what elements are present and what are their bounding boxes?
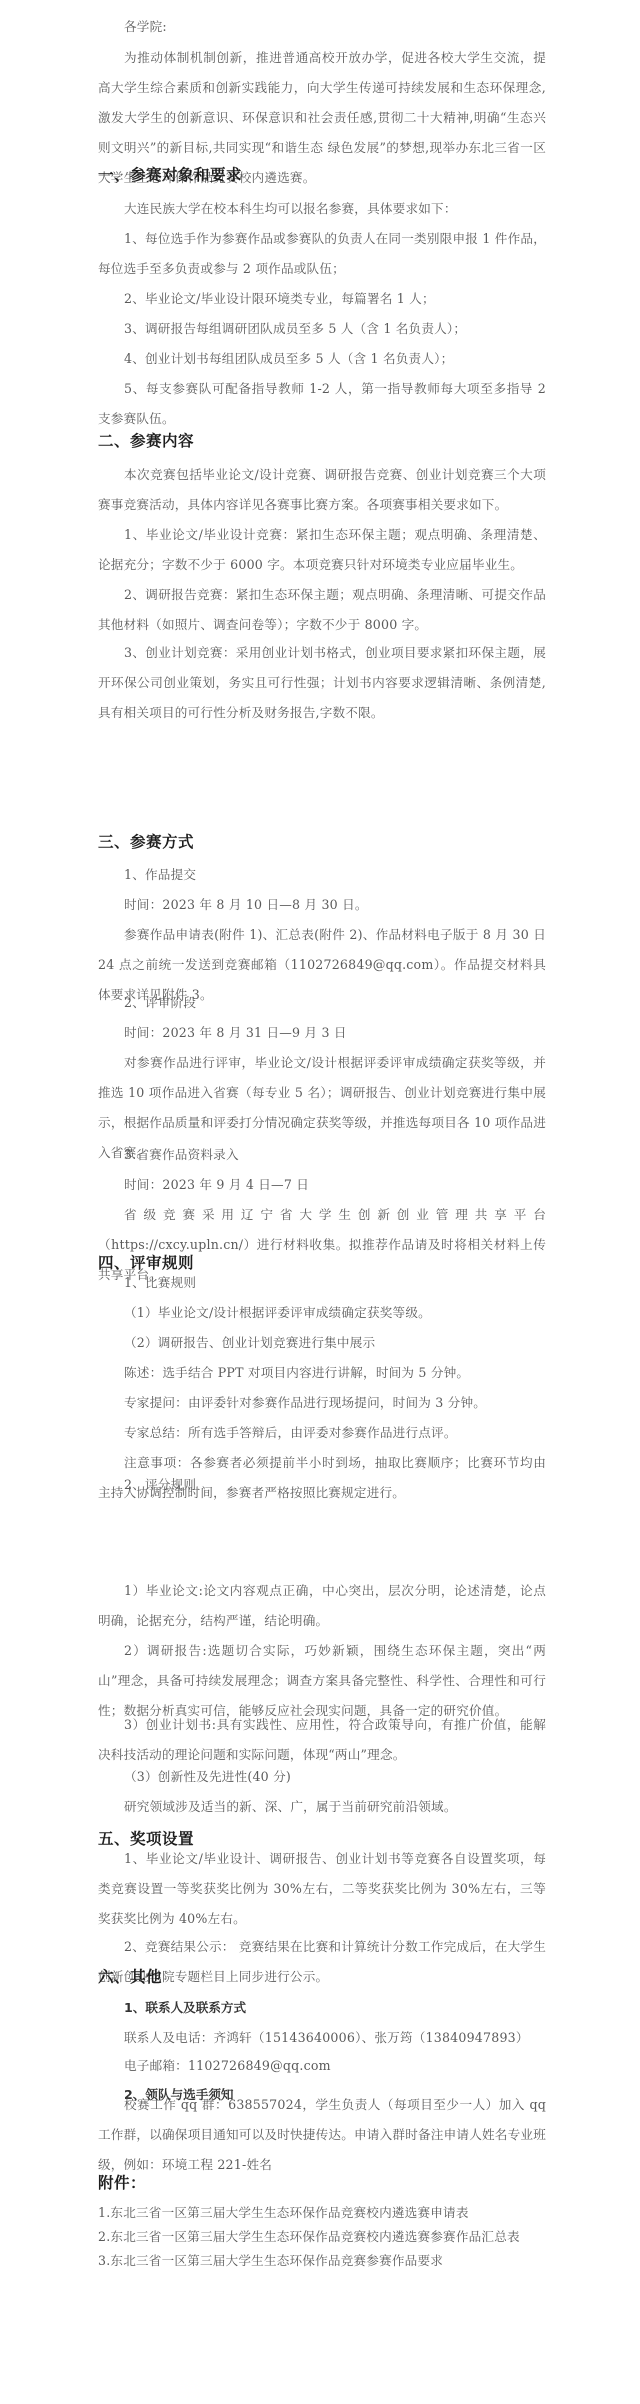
section-2-lead: 本次竞赛包括毕业论文/设计竞赛、调研报告竞赛、创业计划竞赛三个大项赛事竞赛活动，… <box>98 460 546 520</box>
contact-email: 电子邮箱：1102726849@qq.com <box>98 2051 546 2081</box>
notice-body: 校赛工作 qq 群：638557024，学生负责人（每项目至少一人）加入 qq … <box>98 2090 546 2180</box>
score-criterion-1: 1）毕业论文:论文内容观点正确，中心突出，层次分明，论述清楚，论点明确，论据充分… <box>98 1576 546 1636</box>
section-1-item-3: 3、调研报告每组调研团队成员至多 5 人（含 1 名负责人）； <box>98 314 546 344</box>
award-item-1: 1、毕业论文/毕业设计、调研报告、创业计划书等竞赛各自设置奖项，每类竞赛设置一等… <box>98 1844 546 1934</box>
rule-expert-summary: 专家总结：所有选手答辩后，由评委对参赛作品进行点评。 <box>98 1418 572 1448</box>
section-3-title: 三、参赛方式 <box>98 827 194 857</box>
rule-1: （1）毕业论文/设计根据评委评审成绩确定获奖等级。 <box>98 1298 572 1328</box>
stage-2-title: 2、评审阶段 <box>98 988 546 1018</box>
rules-title: 1、比赛规则 <box>98 1268 546 1298</box>
innovation-title: （3）创新性及先进性(40 分) <box>98 1762 546 1792</box>
attachments-title: 附件： <box>98 2168 146 2198</box>
scoring-title: 2、评分规则 <box>98 1470 546 1500</box>
score-criterion-3: 3）创业计划书:具有实践性、应用性，符合政策导向，有推广价值，能解决科技活动的理… <box>98 1710 546 1770</box>
stage-3-title: 3.省赛作品资料录入 <box>98 1140 546 1170</box>
rule-expert-qa: 专家提问：由评委针对参赛作品进行现场提问，时间为 3 分钟。 <box>98 1388 572 1418</box>
section-1-item-4: 4、创业计划书每组团队成员至多 5 人（含 1 名负责人）； <box>98 344 546 374</box>
section-6-title: 六、其他 <box>98 1962 162 1992</box>
section-1-item-5: 5、每支参赛队可配备指导教师 1-2 人，第一指导教师每大项至多指导 2 支参赛… <box>98 374 546 434</box>
section-1-item-1: 1、每位选手作为参赛作品或参赛队的负责人在同一类别限申报 1 件作品，每位选手至… <box>98 224 546 284</box>
contact-title: 1、联系人及联系方式 <box>124 1993 246 2023</box>
contact-people: 联系人及电话：齐鸿轩（15143640006）、张万筠（13840947893） <box>98 2023 546 2053</box>
section-2-item-2: 2、调研报告竞赛：紧扣生态环保主题；观点明确、条理清晰、可提交作品其他材料（如照… <box>98 580 546 640</box>
section-1-item-2: 2、毕业论文/毕业设计限环境类专业，每篇署名 1 人； <box>98 284 546 314</box>
section-2-title: 二、参赛内容 <box>98 426 194 456</box>
section-2-item-3: 3、创业计划竞赛：采用创业计划书格式，创业项目要求紧扣环保主题，展开环保公司创业… <box>98 638 546 728</box>
salutation: 各学院: <box>98 12 546 42</box>
section-1-lead: 大连民族大学在校本科生均可以报名参赛，具体要求如下： <box>98 194 546 224</box>
stage-2-time: 时间：2023 年 8 月 31 日—9 月 3 日 <box>98 1018 546 1048</box>
section-1-title: 一、参赛对象和要求 <box>98 160 242 190</box>
section-2-item-1: 1、毕业论文/毕业设计竞赛：紧扣生态环保主题；观点明确、条理清楚、论据充分；字数… <box>98 520 546 580</box>
stage-3-time: 时间：2023 年 9 月 4 日—7 日 <box>98 1170 546 1200</box>
attachment-item-3: 3.东北三省一区第三届大学生生态环保作品竞赛参赛作品要求 <box>98 2246 546 2276</box>
award-item-2: 2、竞赛结果公示： 竞赛结果在比赛和计算统计分数工作完成后，在大学生创新创业学院… <box>98 1932 546 1992</box>
rule-presentation: 陈述：选手结合 PPT 对项目内容进行讲解，时间为 5 分钟。 <box>98 1358 572 1388</box>
stage-1-time: 时间：2023 年 8 月 10 日—8 月 30 日。 <box>98 890 546 920</box>
stage-1-title: 1、作品提交 <box>98 860 546 890</box>
innovation-body: 研究领域涉及适当的新、深、广，属于当前研究前沿领域。 <box>98 1792 546 1822</box>
rule-2: （2）调研报告、创业计划竞赛进行集中展示 <box>98 1328 572 1358</box>
